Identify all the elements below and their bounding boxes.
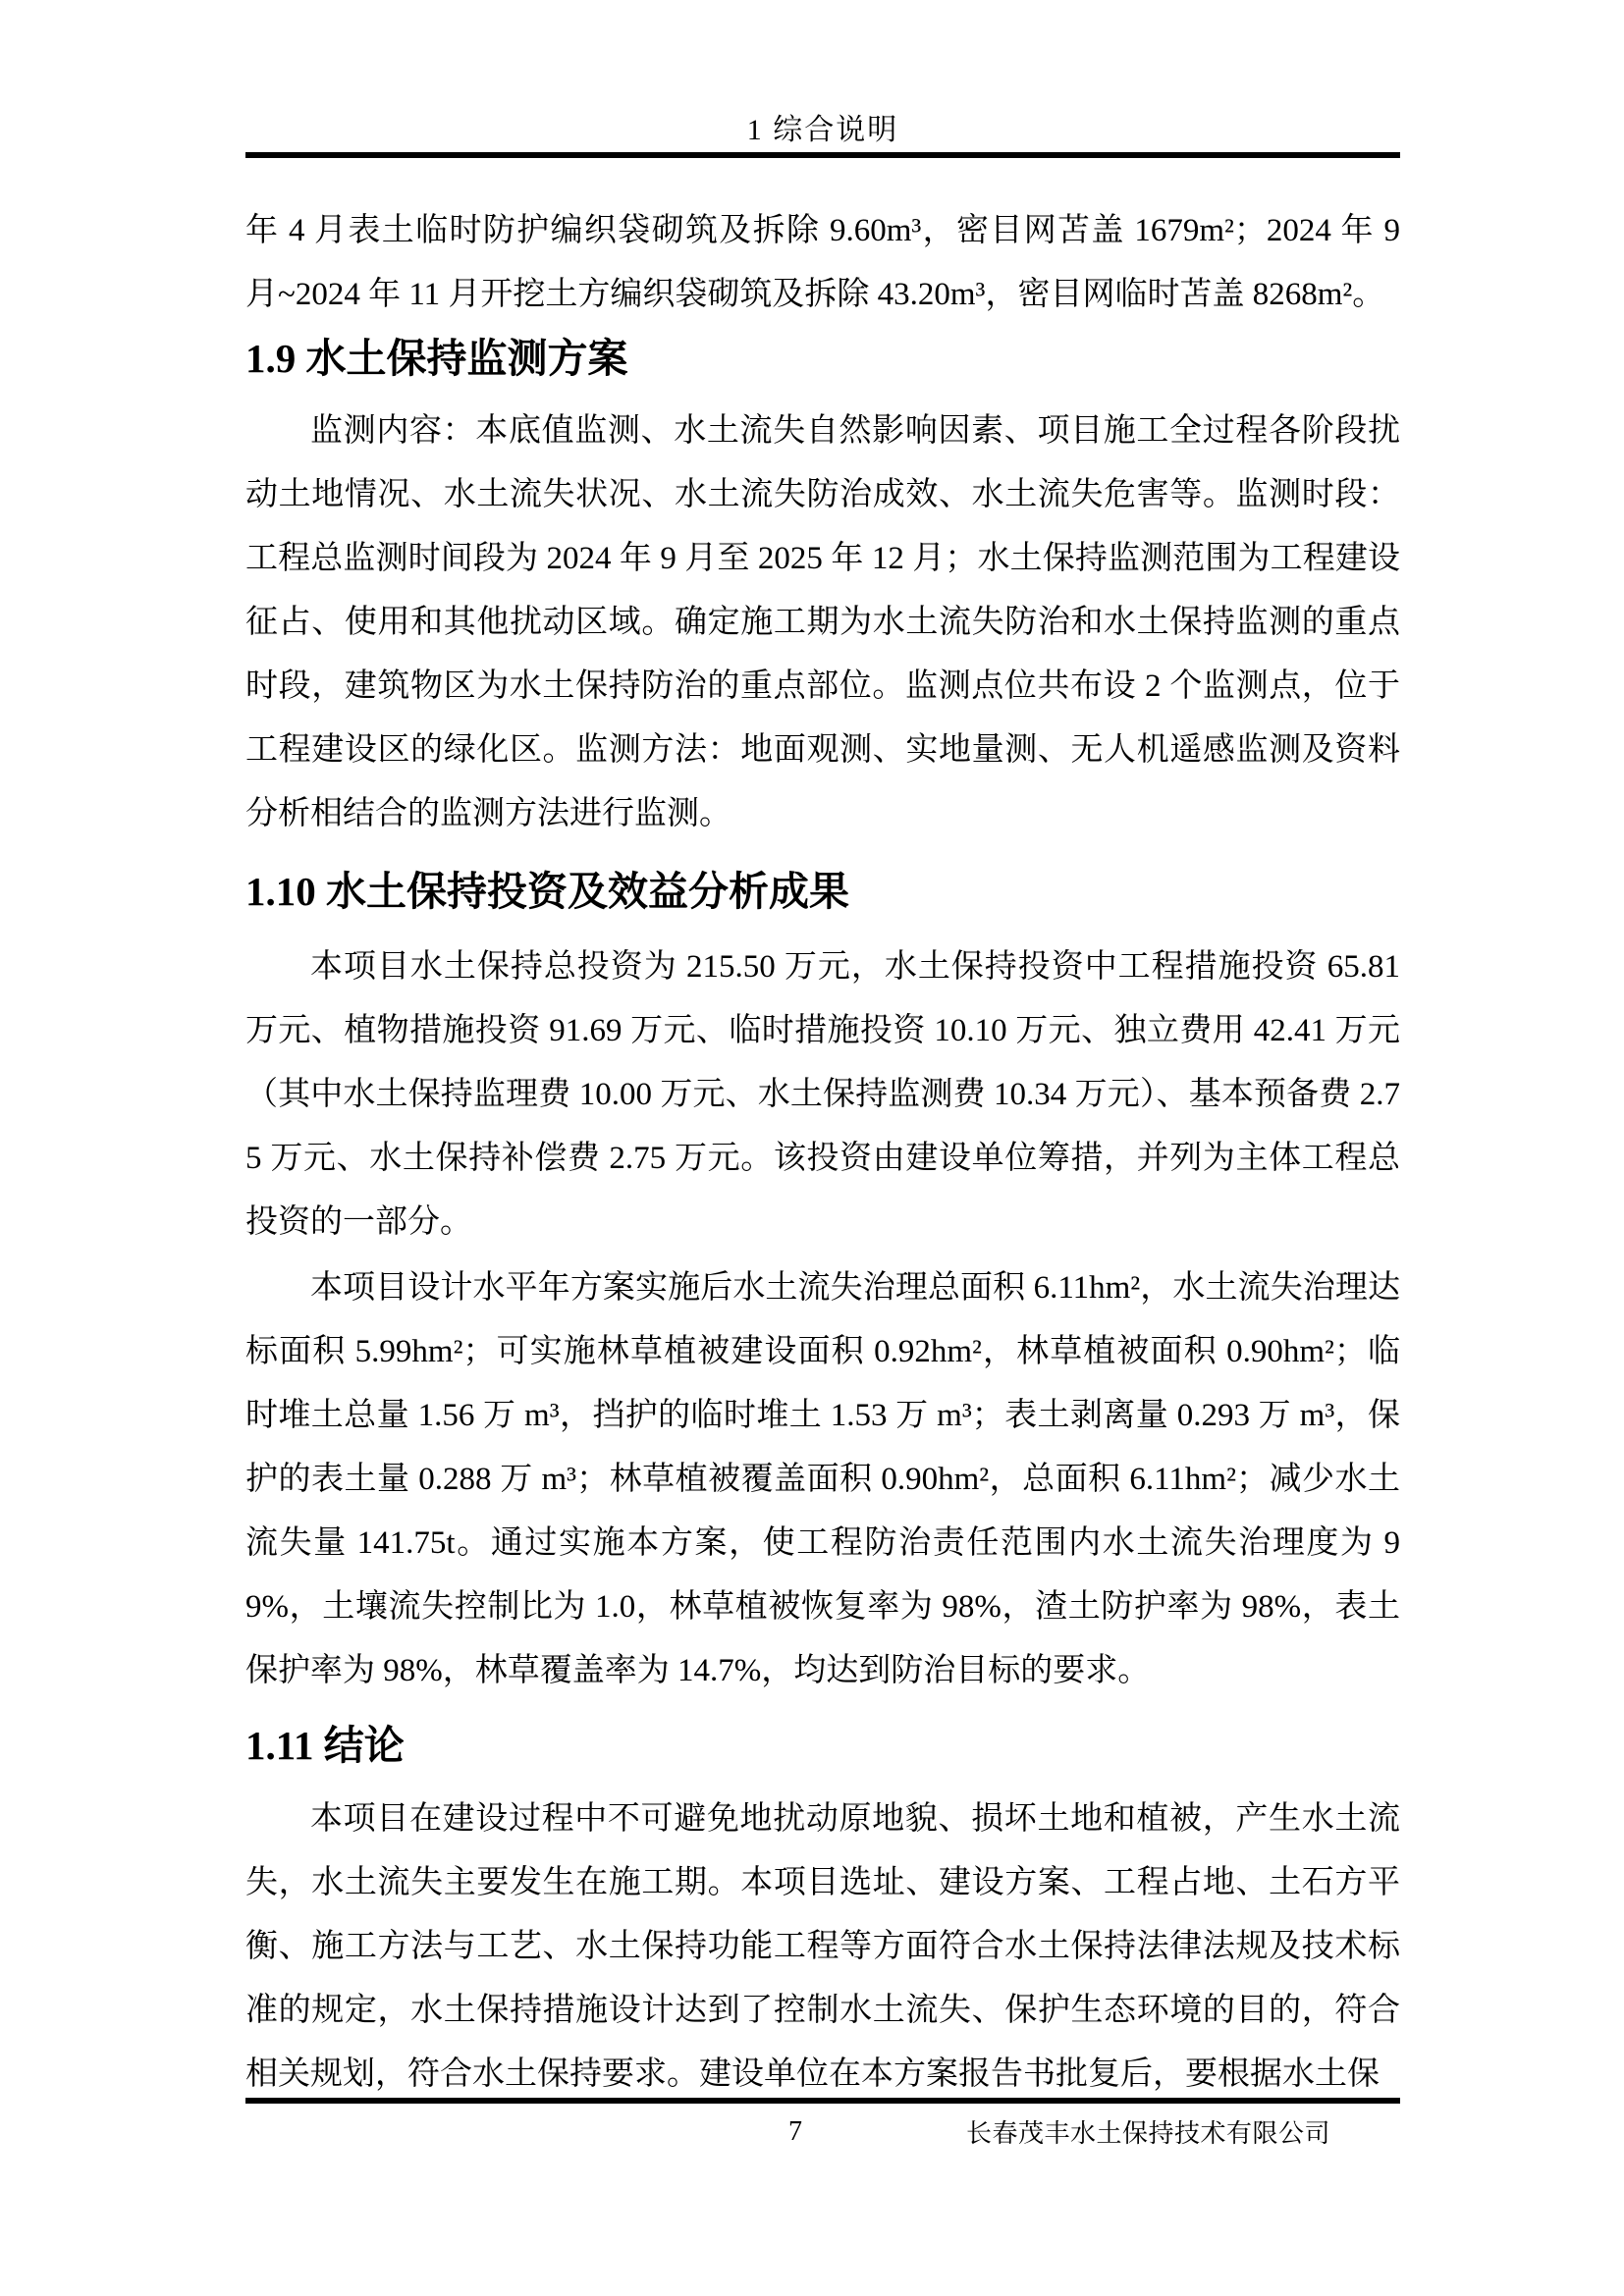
heading-1-10-investment-benefit: 1.10 水土保持投资及效益分析成果 <box>245 864 1400 919</box>
footer-rule <box>245 2098 1400 2104</box>
header-rule <box>245 152 1400 158</box>
heading-1-11-conclusion: 1.11 结论 <box>245 1718 1400 1773</box>
document-page: 1 综合说明 年 4 月表土临时防护编织袋砌筑及拆除 9.60m³，密目网苫盖 … <box>0 0 1624 2296</box>
paragraph-investment: 本项目水土保持总投资为 215.50 万元，水土保持投资中工程措施投资 65.8… <box>245 935 1400 1255</box>
heading-1-9-monitoring-plan: 1.9 水土保持监测方案 <box>245 331 1400 386</box>
paragraph-conclusion: 本项目在建设过程中不可避免地扰动原地貌、损坏土地和植被，产生水土流失，水土流失主… <box>245 1788 1400 2107</box>
paragraph-monitoring-content: 监测内容：本底值监测、水土流失自然影响因素、项目施工全过程各阶段扰动土地情况、水… <box>245 400 1400 846</box>
header-section-title: 1 综合说明 <box>245 110 1400 151</box>
page-content: 1 综合说明 年 4 月表土临时防护编织袋砌筑及拆除 9.60m³，密目网苫盖 … <box>245 0 1400 2107</box>
paragraph-benefit-analysis: 本项目设计水平年方案实施后水土流失治理总面积 6.11hm²，水土流失治理达标面… <box>245 1256 1400 1703</box>
paragraph-intro-continuation: 年 4 月表土临时防护编织袋砌筑及拆除 9.60m³，密目网苫盖 1679m²；… <box>245 199 1400 327</box>
footer-company-name: 长春茂丰水土保持技术有限公司 <box>966 2114 1330 2154</box>
